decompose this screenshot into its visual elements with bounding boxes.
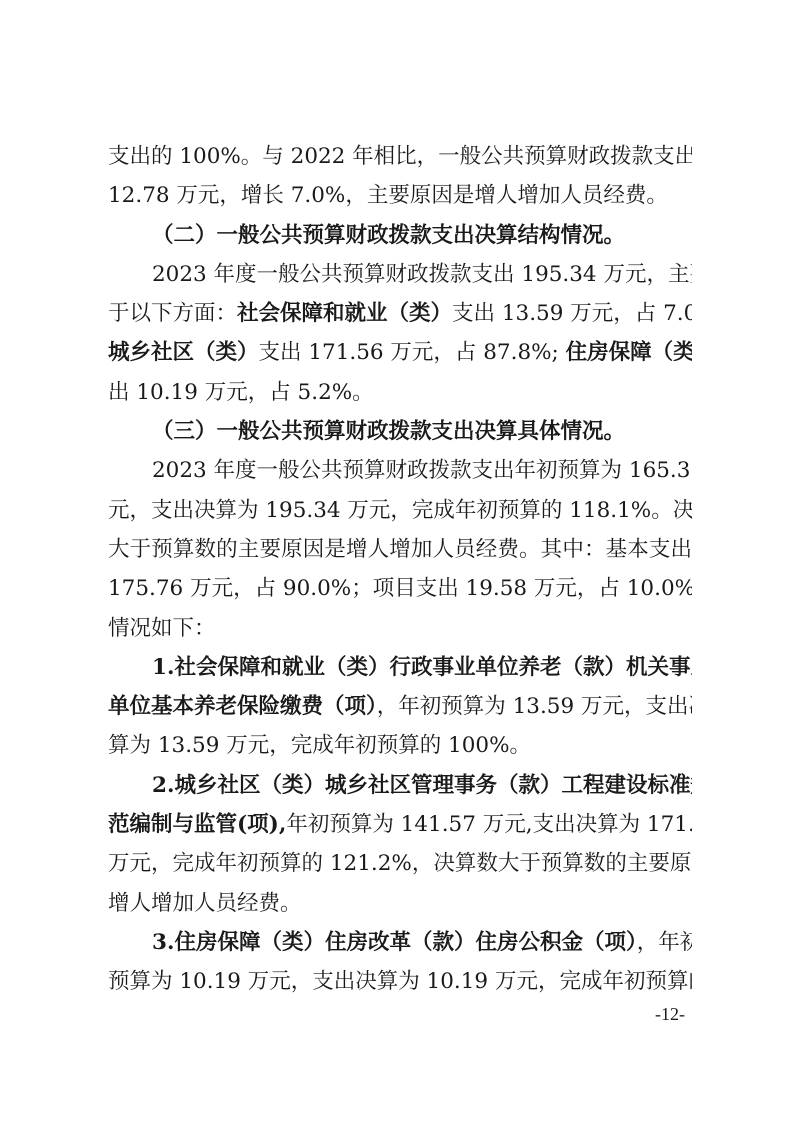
text-line: 大于预算数的主要原因是增人增加人员经费。其中：基本支出 [108,530,692,569]
text-line: （三）一般公共预算财政拨款支出决算具体情况。 [108,412,692,451]
text-segment: 情况如下： [108,616,216,641]
text-line: 175.76 万元，占 90.0%；项目支出 19.58 万元，占 10.0%。… [108,569,692,608]
bold-text-segment: 住房保障（类） [566,340,692,365]
bold-text-segment: 3.住房保障（类）住房改革（款）住房公积金（项） [152,930,637,955]
text-segment: 元，支出决算为 195.34 万元，完成年初预算的 118.1%。决算数 [108,498,692,523]
text-line: 城乡社区（类）支出 171.56 万元，占 87.8%; 住房保障（类）支 [108,333,692,372]
text-segment: 增人增加人员经费。 [108,891,302,916]
text-line: 元，支出决算为 195.34 万元，完成年初预算的 118.1%。决算数 [108,491,692,530]
text-segment: 12.78 万元，增长 7.0%，主要原因是增人增加人员经费。 [108,183,668,208]
bold-text-segment: 1.社会保障和就业（类）行政事业单位养老（款）机关事业 [152,655,692,680]
bold-text-segment: 单位基本养老保险缴费（项） [108,694,377,719]
bold-text-segment: （三）一般公共预算财政拨款支出决算具体情况。 [152,419,625,444]
bold-text-segment: 2.城乡社区（类）城乡社区管理事务（款）工程建设标准规 [152,773,692,798]
text-segment: ，年初 [637,930,692,955]
text-segment: 2023 年度一般公共预算财政拨款支出 195.34 万元，主要用 [152,262,692,287]
text-line: 出 10.19 万元，占 5.2%。 [108,373,692,412]
text-segment: 算为 13.59 万元，完成年初预算的 100%。 [108,733,531,758]
text-segment: 万元，完成年初预算的 121.2%，决算数大于预算数的主要原因是 [108,851,692,876]
text-segment: 支出的 100%。与 2022 年相比，一般公共预算财政拨款支出增加 [108,144,692,169]
text-segment: 2023 年度一般公共预算财政拨款支出年初预算为 165.35 万 [152,458,692,483]
text-segment: 出 10.19 万元，占 5.2%。 [108,380,374,405]
text-segment: 年初预算为 141.57 万元,支出决算为 171.56 [286,812,692,837]
text-segment: 预算为 10.19 万元，支出决算为 10.19 万元，完成年初预算的 [108,969,692,994]
document-body: 支出的 100%。与 2022 年相比，一般公共预算财政拨款支出增加12.78 … [108,137,692,1002]
text-line: 支出的 100%。与 2022 年相比，一般公共预算财政拨款支出增加 [108,137,692,176]
text-segment: 支出 13.59 万元，占 7.0%; [452,301,692,326]
bold-text-segment: 城乡社区（类） [108,340,259,365]
text-line: 范编制与监管(项),年初预算为 141.57 万元,支出决算为 171.56 [108,805,692,844]
page-number: -12- [655,1004,685,1025]
text-line: 单位基本养老保险缴费（项），年初预算为 13.59 万元，支出决 [108,687,692,726]
text-line: 2023 年度一般公共预算财政拨款支出年初预算为 165.35 万 [108,451,692,490]
text-line: 万元，完成年初预算的 121.2%，决算数大于预算数的主要原因是 [108,844,692,883]
text-segment: ，年初预算为 13.59 万元，支出决 [377,694,692,719]
text-line: 预算为 10.19 万元，支出决算为 10.19 万元，完成年初预算的 [108,962,692,1001]
text-line: 12.78 万元，增长 7.0%，主要原因是增人增加人员经费。 [108,176,692,215]
text-line: 算为 13.59 万元，完成年初预算的 100%。 [108,726,692,765]
text-segment: 大于预算数的主要原因是增人增加人员经费。其中：基本支出 [108,537,692,562]
bold-text-segment: 范编制与监管(项), [108,812,286,837]
text-segment: 175.76 万元，占 90.0%；项目支出 19.58 万元，占 10.0%。… [108,576,692,601]
text-line: 2.城乡社区（类）城乡社区管理事务（款）工程建设标准规 [108,766,692,805]
text-line: （二）一般公共预算财政拨款支出决算结构情况。 [108,216,692,255]
text-line: 1.社会保障和就业（类）行政事业单位养老（款）机关事业 [108,648,692,687]
text-line: 于以下方面：社会保障和就业（类）支出 13.59 万元，占 7.0%; [108,294,692,333]
bold-text-segment: 社会保障和就业（类） [237,301,452,326]
text-line: 2023 年度一般公共预算财政拨款支出 195.34 万元，主要用 [108,255,692,294]
text-line: 情况如下： [108,609,692,648]
text-segment: 于以下方面： [108,301,237,326]
text-line: 增人增加人员经费。 [108,884,692,923]
text-segment: 支出 171.56 万元，占 87.8%; [259,340,566,365]
bold-text-segment: （二）一般公共预算财政拨款支出决算结构情况。 [152,223,625,248]
text-line: 3.住房保障（类）住房改革（款）住房公积金（项），年初 [108,923,692,962]
